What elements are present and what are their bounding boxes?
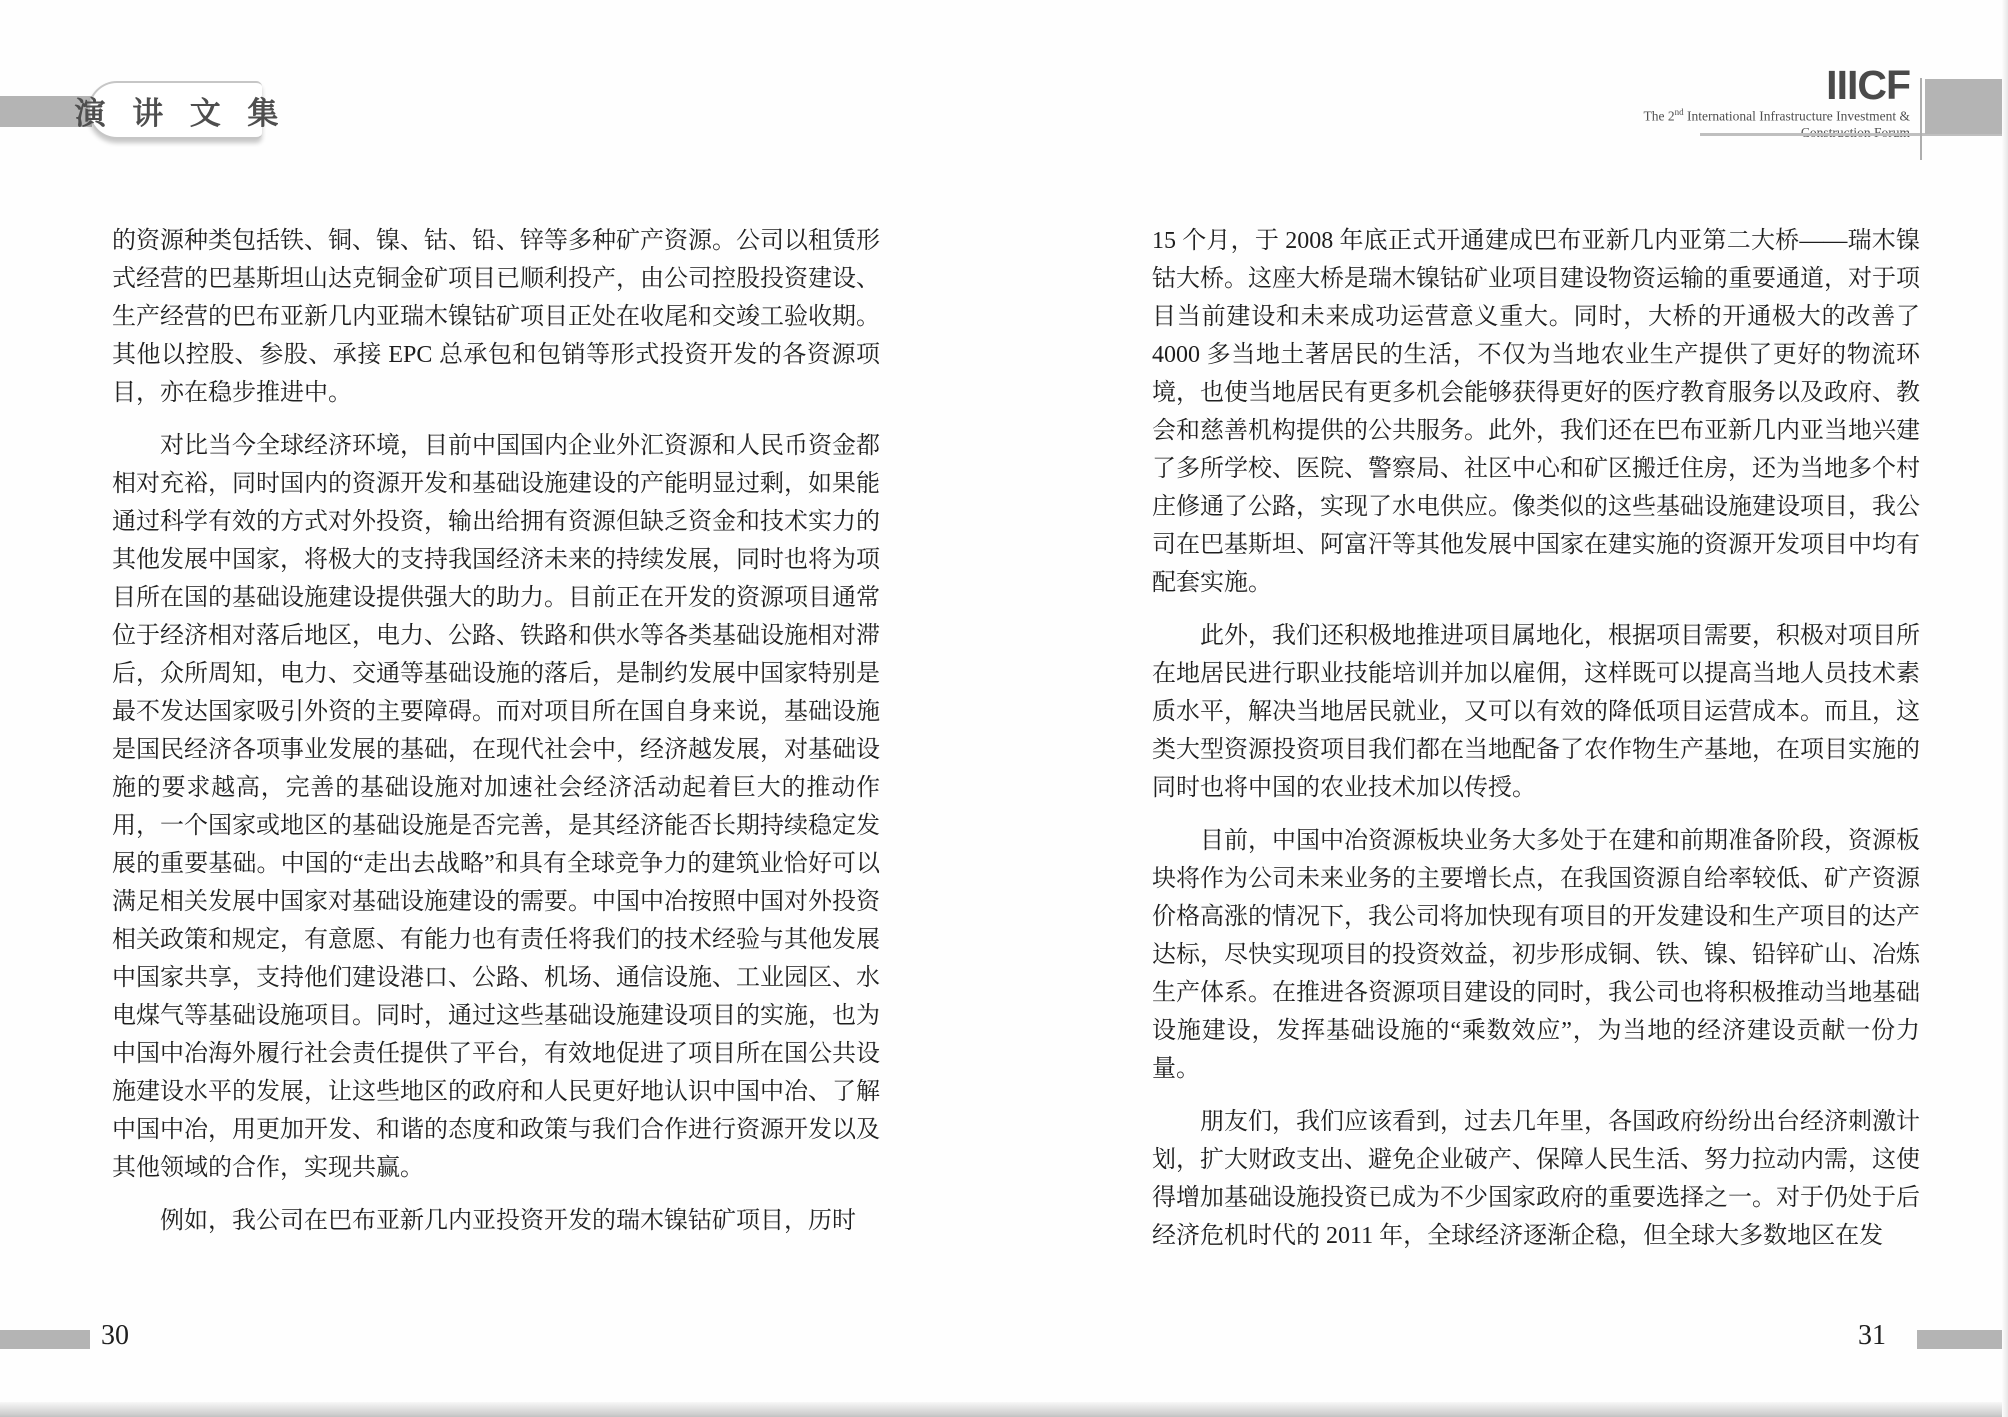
page-bottom-edge-shadow [0, 1402, 2008, 1417]
body-paragraph: 的资源种类包括铁、铜、镍、钴、铅、锌等多种矿产资源。公司以租赁形式经营的巴基斯坦… [112, 222, 880, 412]
header-right-accent-block [1925, 79, 2008, 134]
logo-subtitle-rest: International Infrastructure Investment … [1684, 109, 1910, 124]
body-paragraph: 朋友们，我们应该看到，过去几年里，各国政府纷纷出台经济刺激计划，扩大财政支出、避… [1152, 1103, 1920, 1255]
body-paragraph: 15 个月，于 2008 年底正式开通建成巴布亚新几内亚第二大桥——瑞木镍钴大桥… [1152, 222, 1920, 602]
document-spread: 演 讲 文 集 IIICF The 2nd International Infr… [0, 0, 2008, 1417]
logo-subtitle-line1: The 2nd International Infrastructure Inv… [1560, 104, 1910, 125]
header-right-vertical-rule [1920, 78, 1922, 160]
left-page-text-column: 的资源种类包括铁、铜、镍、钴、铅、锌等多种矿产资源。公司以租赁形式经营的巴基斯坦… [112, 222, 880, 1240]
body-paragraph: 例如，我公司在巴布亚新几内亚投资开发的瑞木镍钴矿项目，历时 [112, 1202, 880, 1240]
logo-subtitle-ordinal: nd [1675, 107, 1684, 117]
footer-left-accent-bar [0, 1330, 90, 1349]
body-paragraph: 此外，我们还积极地推进项目属地化，根据项目需要，积极对项目所在地居民进行职业技能… [1152, 617, 1920, 807]
series-title: 演 讲 文 集 [65, 88, 288, 133]
logo-subtitle-prefix: The 2 [1643, 109, 1674, 124]
forum-logo: IIICF The 2nd International Infrastructu… [1560, 66, 1910, 141]
page-number-left: 30 [101, 1320, 129, 1352]
logo-wordmark: IIICF [1560, 66, 1910, 104]
page-right-edge-shadow [2002, 0, 2008, 1417]
footer-right-accent-bar [1917, 1330, 2008, 1349]
page-number-right: 31 [1858, 1320, 1886, 1352]
right-page-text-column: 15 个月，于 2008 年底正式开通建成巴布亚新几内亚第二大桥——瑞木镍钴大桥… [1152, 222, 1920, 1255]
body-paragraph: 对比当今全球经济环境，目前中国国内企业外汇资源和人民币资金都相对充裕，同时国内的… [112, 427, 880, 1187]
body-paragraph: 目前，中国中冶资源板块业务大多处于在建和前期准备阶段，资源板块将作为公司未来业务… [1152, 822, 1920, 1088]
series-title-tab: 演 讲 文 集 [88, 81, 262, 139]
